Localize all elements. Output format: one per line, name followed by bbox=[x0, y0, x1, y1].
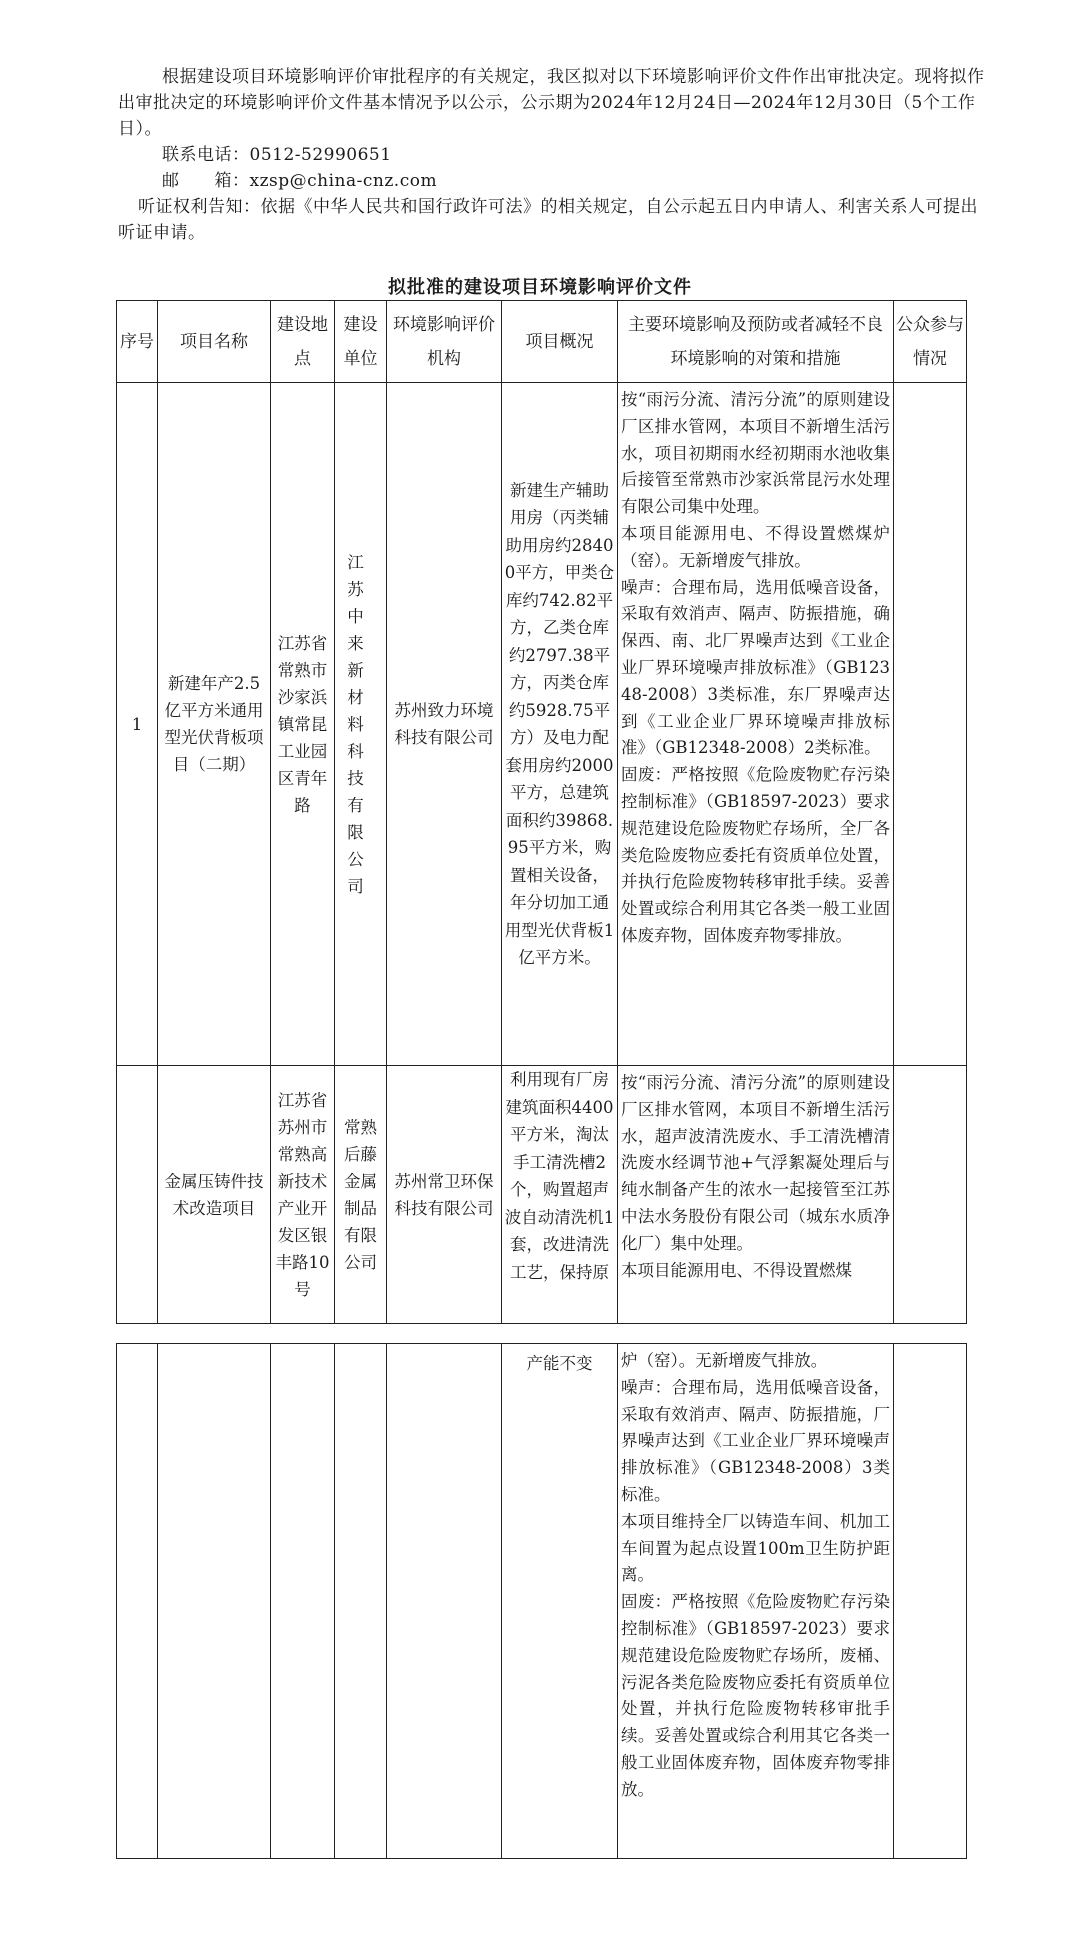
row1-no: 1 bbox=[117, 383, 158, 1066]
header-location: 建设地点 bbox=[271, 301, 335, 383]
row2-no bbox=[117, 1066, 158, 1324]
row2c-location bbox=[271, 1344, 335, 1859]
contact-email: 邮 箱：xzsp@china-cnz.com bbox=[162, 168, 992, 194]
intro-paragraph: 根据建设项目环境影响评价审批程序的有关规定，我区拟对以下环境影响评价文件作出审批… bbox=[118, 64, 992, 142]
header-public: 公众参与情况 bbox=[894, 301, 967, 383]
header-eia-agency: 环境影响评价机构 bbox=[387, 301, 502, 383]
header-builder: 建设单位 bbox=[335, 301, 387, 383]
hearing-notice: 听证权利告知：依据《中华人民共和国行政许可法》的相关规定，自公示起五日内申请人、… bbox=[118, 194, 992, 246]
row2-overview-part2: 产能不变 bbox=[502, 1344, 618, 1859]
row2-measures-part1: 按“雨污分流、清污分流”的原则建设厂区排水管网，本项目不新增生活污水，超声波清洗… bbox=[618, 1066, 894, 1324]
row2-overview-part1: 利用现有厂房建筑面积4400平方米，淘汰手工清洗槽2个，购置超声波自动清洗机1套… bbox=[502, 1066, 618, 1324]
row2-public bbox=[894, 1066, 967, 1324]
row1-measure-waste: 固废：严格按照《危险废物贮存污染控制标准》（GB18597-2023）要求规范建… bbox=[621, 762, 890, 950]
header-overview: 项目概况 bbox=[502, 301, 618, 383]
table-header-row: 序号 项目名称 建设地点 建设单位 环境影响评价机构 项目概况 主要环境影响及预… bbox=[117, 301, 967, 383]
phone-label: 联系电话： bbox=[162, 145, 250, 165]
row2-name: 金属压铸件技术改造项目 bbox=[158, 1066, 271, 1324]
phone-number: 0512-52990651 bbox=[250, 145, 392, 165]
row1-measure-noise: 噪声：合理布局，选用低噪音设备，采取有效消声、隔声、防振措施，确保西、南、北厂界… bbox=[621, 575, 890, 763]
email-label: 邮 箱： bbox=[162, 171, 250, 191]
row2-measure-energy-end: 炉（窑）。无新增废气排放。 bbox=[621, 1348, 890, 1375]
intro-section: 根据建设项目环境影响评价审批程序的有关规定，我区拟对以下环境影响评价文件作出审批… bbox=[162, 64, 992, 246]
row2-eia-agency: 苏州常卫环保科技有限公司 bbox=[387, 1066, 502, 1324]
table-row: 1 新建年产2.5亿平方米通用型光伏背板项目（二期） 江苏省常熟市沙家浜镇常昆工… bbox=[117, 383, 967, 1066]
header-name: 项目名称 bbox=[158, 301, 271, 383]
row1-overview: 新建生产辅助用房（丙类辅助用房约28400平方，甲类仓库约742.82平方，乙类… bbox=[502, 383, 618, 1066]
row2c-name bbox=[158, 1344, 271, 1859]
row1-measures: 按“雨污分流、清污分流”的原则建设厂区排水管网，本项目不新增生活污水，项目初期雨… bbox=[618, 383, 894, 1066]
table-row-continued: 产能不变 炉（窑）。无新增废气排放。 噪声：合理布局，选用低噪音设备，采取有效消… bbox=[117, 1344, 967, 1859]
table-row: 金属压铸件技术改造项目 江苏省苏州市常熟高新技术产业开发区银丰路10号 常熟后藤… bbox=[117, 1066, 967, 1324]
row2-builder: 常熟后藤金属制品有限公司 bbox=[335, 1066, 387, 1324]
row1-eia-agency: 苏州致力环境科技有限公司 bbox=[387, 383, 502, 1066]
row2-measure-energy-start: 本项目能源用电、不得设置燃煤 bbox=[621, 1258, 890, 1285]
row1-location: 江苏省常熟市沙家浜镇常昆工业园区青年路 bbox=[271, 383, 335, 1066]
row1-builder: 江苏中来新材料科技有限公司 bbox=[335, 383, 387, 1066]
row2c-public bbox=[894, 1344, 967, 1859]
row2c-no bbox=[117, 1344, 158, 1859]
row2c-builder bbox=[335, 1344, 387, 1859]
table-title: 拟批准的建设项目环境影响评价文件 bbox=[0, 273, 1080, 299]
row2-measures-part2: 炉（窑）。无新增废气排放。 噪声：合理布局，选用低噪音设备，采取有效消声、隔声、… bbox=[618, 1344, 894, 1859]
eia-table-page1: 序号 项目名称 建设地点 建设单位 环境影响评价机构 项目概况 主要环境影响及预… bbox=[116, 300, 967, 1324]
row2c-eia-agency bbox=[387, 1344, 502, 1859]
row1-public bbox=[894, 383, 967, 1066]
row1-measure-water: 按“雨污分流、清污分流”的原则建设厂区排水管网，本项目不新增生活污水，项目初期雨… bbox=[621, 387, 890, 521]
contact-phone: 联系电话：0512-52990651 bbox=[162, 142, 992, 168]
row2-measure-noise: 噪声：合理布局，选用低噪音设备，采取有效消声、隔声、防振措施，厂界噪声达到《工业… bbox=[621, 1375, 890, 1509]
header-no: 序号 bbox=[117, 301, 158, 383]
row2-measure-waste: 固废：严格按照《危险废物贮存污染控制标准》（GB18597-2023）要求规范建… bbox=[621, 1589, 890, 1803]
row1-measure-energy: 本项目能源用电、不得设置燃煤炉（窑）。无新增废气排放。 bbox=[621, 521, 890, 575]
email-address[interactable]: xzsp@china-cnz.com bbox=[250, 171, 438, 191]
eia-table-page2: 产能不变 炉（窑）。无新增废气排放。 噪声：合理布局，选用低噪音设备，采取有效消… bbox=[116, 1343, 967, 1859]
row1-name: 新建年产2.5亿平方米通用型光伏背板项目（二期） bbox=[158, 383, 271, 1066]
row2-measure-water: 按“雨污分流、清污分流”的原则建设厂区排水管网，本项目不新增生活污水，超声波清洗… bbox=[621, 1070, 890, 1258]
row2-measure-distance: 本项目维持全厂以铸造车间、机加工车间置为起点设置100m卫生防护距离。 bbox=[621, 1509, 890, 1589]
header-measures: 主要环境影响及预防或者减轻不良环境影响的对策和措施 bbox=[618, 301, 894, 383]
row2-location: 江苏省苏州市常熟高新技术产业开发区银丰路10号 bbox=[271, 1066, 335, 1324]
